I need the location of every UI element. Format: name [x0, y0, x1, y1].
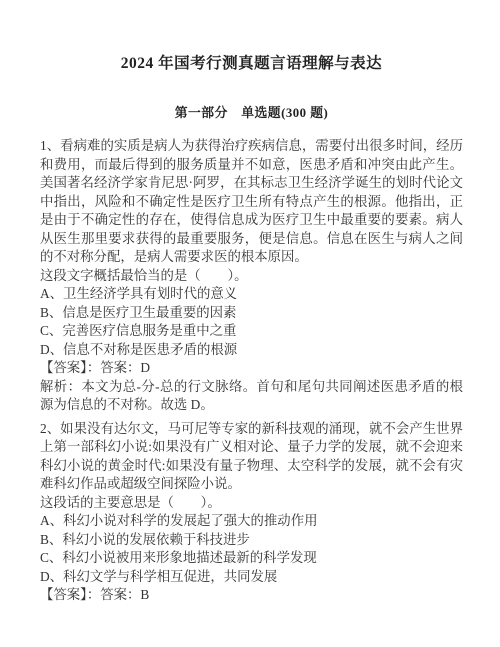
question-2-stem: 2、如果没有达尔文，马可尼等专家的新科技观的涌现，就不会产生世界上第一部科幻小说…: [40, 420, 463, 494]
question-2-option-c: C、科幻小说被用来形象地描述最新的科学发现: [40, 549, 463, 568]
question-1-prompt: 这段文字概括最恰当的是（ ）。: [40, 267, 463, 286]
document-body: 1、看病难的实质是病人为获得治疗疾病信息，需要付出很多时间，经历和费用，而最后得…: [40, 137, 463, 605]
document-page: 2024 年国考行测真题言语理解与表达 第一部分 单选题(300 题) 1、看病…: [0, 0, 500, 647]
question-2-answer: 【答案】：答案：B: [40, 586, 463, 605]
question-1-option-b: B、信息是医疗卫生最重要的因素: [40, 304, 463, 323]
question-1-option-a: A、卫生经济学具有划时代的意义: [40, 285, 463, 304]
question-1-explanation: 解析：本文为总-分-总的行文脉络。首句和尾句共同阐述医患矛盾的根源为信息的不对称…: [40, 378, 463, 415]
question-1: 1、看病难的实质是病人为获得治疗疾病信息，需要付出很多时间，经历和费用，而最后得…: [40, 137, 463, 415]
question-1-answer: 【答案】：答案：D: [40, 359, 463, 378]
question-2-prompt: 这段话的主要意思是（ ）。: [40, 494, 463, 513]
question-2-option-a: A、科幻小说对科学的发展起了强大的推动作用: [40, 512, 463, 531]
document-title: 2024 年国考行测真题言语理解与表达: [40, 54, 463, 74]
question-1-option-c: C、完善医疗信息服务是重中之重: [40, 322, 463, 341]
question-1-stem: 1、看病难的实质是病人为获得治疗疾病信息，需要付出很多时间，经历和费用，而最后得…: [40, 137, 463, 267]
question-2-option-d: D、科幻文学与科学相互促进，共同发展: [40, 568, 463, 587]
question-2-option-b: B、科幻小说的发展依赖于科技进步: [40, 531, 463, 550]
section-heading: 第一部分 单选题(300 题): [40, 105, 463, 121]
question-1-option-d: D、信息不对称是医患矛盾的根源: [40, 341, 463, 360]
question-2: 2、如果没有达尔文，马可尼等专家的新科技观的涌现，就不会产生世界上第一部科幻小说…: [40, 420, 463, 605]
